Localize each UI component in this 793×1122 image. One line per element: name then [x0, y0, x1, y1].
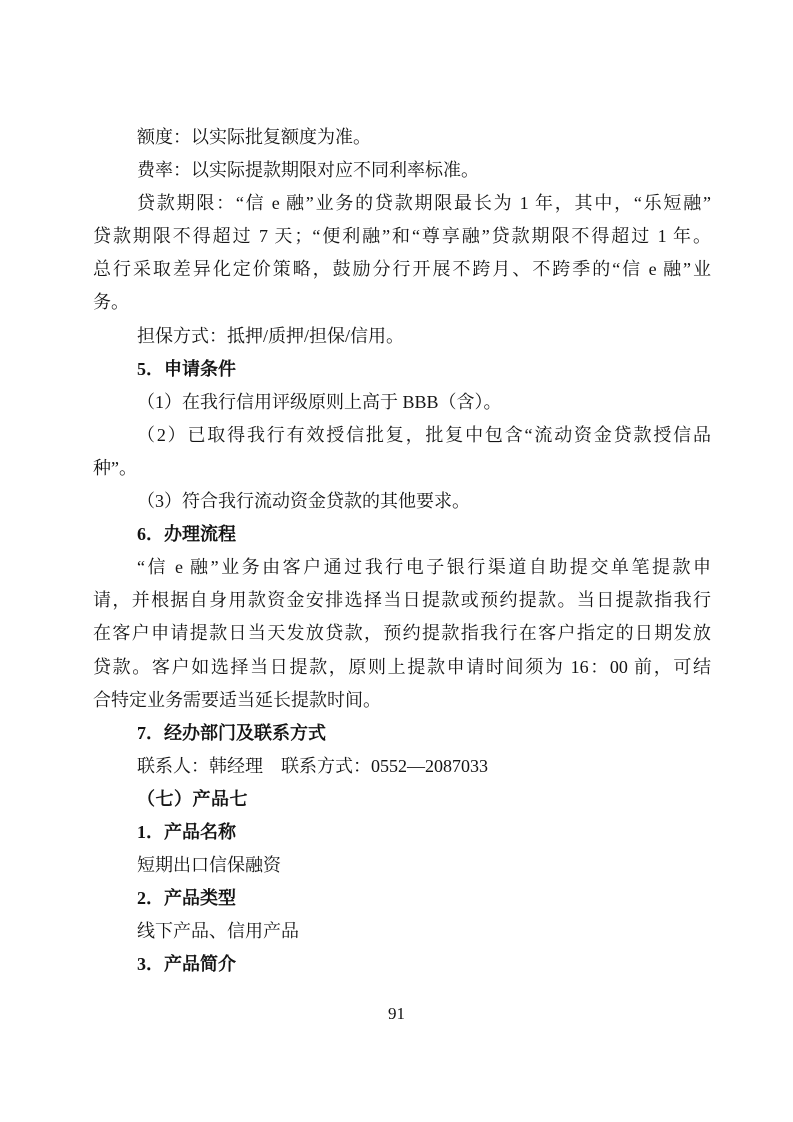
- page-number: 91: [388, 1004, 405, 1023]
- para-process-line-2: 请，并根据自身用款资金安排选择当日提款或预约提款。当日提款指我行: [93, 584, 711, 617]
- para-loan-term-line-4: 务。: [93, 286, 711, 319]
- document-page: 额度：以实际批复额度为准。费率：以实际提款期限对应不同利率标准。贷款期限：“信 …: [0, 0, 793, 1122]
- para-process-line-3: 在客户申请提款日当天发放贷款，预约提款指我行在客户指定的日期发放: [93, 617, 711, 650]
- document-body: 额度：以实际批复额度为准。费率：以实际提款期限对应不同利率标准。贷款期限：“信 …: [93, 121, 711, 981]
- heading-6-process: 6．办理流程: [93, 518, 711, 551]
- para-condition-2-line-1: （2）已取得我行有效授信批复，批复中包含“流动资金贷款授信品: [93, 419, 711, 452]
- para-condition-1: （1）在我行信用评级原则上高于 BBB（含）。: [93, 386, 711, 419]
- heading-product-seven: （七）产品七: [93, 783, 711, 816]
- para-rate-line: 费率：以实际提款期限对应不同利率标准。: [93, 154, 711, 187]
- heading-2-product-type: 2．产品类型: [93, 882, 711, 915]
- para-condition-3: （3）符合我行流动资金贷款的其他要求。: [93, 485, 711, 518]
- page-footer: 91: [0, 1004, 793, 1024]
- para-process-line-5: 合特定业务需要适当延长提款时间。: [93, 684, 711, 717]
- para-quota-line: 额度：以实际批复额度为准。: [93, 121, 711, 154]
- para-loan-term-line-1: 贷款期限：“信 e 融”业务的贷款期限最长为 1 年，其中，“乐短融”: [93, 187, 711, 220]
- para-guarantee-line: 担保方式：抵押/质押/担保/信用。: [93, 320, 711, 353]
- para-loan-term-line-2: 贷款期限不得超过 7 天；“便利融”和“尊享融”贷款期限不得超过 1 年。: [93, 220, 711, 253]
- heading-5-application-conditions: 5．申请条件: [93, 353, 711, 386]
- heading-7-contact: 7．经办部门及联系方式: [93, 717, 711, 750]
- para-contact-info: 联系人：韩经理 联系方式：0552—2087033: [93, 750, 711, 783]
- para-process-line-4: 贷款。客户如选择当日提款，原则上提款申请时间须为 16：00 前，可结: [93, 651, 711, 684]
- para-product-name: 短期出口信保融资: [93, 849, 711, 882]
- heading-3-product-intro: 3．产品简介: [93, 948, 711, 981]
- para-process-line-1: “信 e 融”业务由客户通过我行电子银行渠道自助提交单笔提款申: [93, 551, 711, 584]
- heading-1-product-name: 1．产品名称: [93, 816, 711, 849]
- para-condition-2-line-2: 种”。: [93, 452, 711, 485]
- para-loan-term-line-3: 总行采取差异化定价策略，鼓励分行开展不跨月、不跨季的“信 e 融”业: [93, 253, 711, 286]
- para-product-type: 线下产品、信用产品: [93, 915, 711, 948]
